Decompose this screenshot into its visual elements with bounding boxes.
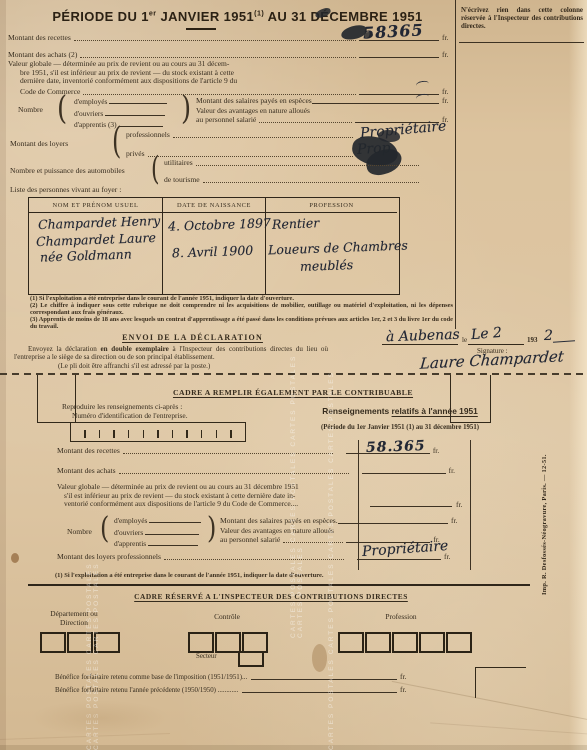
achats-label: Montant des achats (2): [8, 50, 77, 59]
fill-line: [148, 538, 198, 546]
dotted-leader: [173, 136, 353, 138]
handwritten-birth-2: 8. Avril 1900: [172, 243, 254, 261]
avantages2-l1: Valeur des avantages en nature alloués: [220, 526, 334, 535]
recettes2-label: Montant des recettes: [57, 446, 120, 455]
row-de-tourisme: de tourisme: [164, 175, 422, 184]
benefice1-label: Bénéfice forfaitaire retenu comme base d…: [55, 674, 247, 681]
avantages-l1: Valeur des avantages en nature alloués: [196, 106, 310, 115]
code-box: [188, 632, 214, 653]
code-box: [215, 632, 241, 653]
unit-fr: fr.: [456, 500, 462, 509]
title-part2: JANVIER 1951: [156, 9, 254, 24]
handwritten-profession-1: Rentier: [272, 215, 320, 232]
valeur-globale-paragraph: Valeur globale — déterminée au prix de r…: [8, 60, 372, 86]
id-tick: [172, 430, 173, 438]
profession-label: Profession: [364, 612, 438, 621]
renseignements-part2: relatifs à l'année 1951: [392, 406, 478, 416]
reproduire-label: Reproduire les renseignements ci-après :: [62, 402, 182, 411]
cadre2-footnote: (1) Si l'exploitation a été entreprise d…: [55, 572, 415, 579]
paper-right-light-strip: [569, 0, 587, 750]
dotted-leader: [148, 155, 353, 157]
professionnels-label: professionnels: [126, 130, 170, 139]
item-label: d'employés: [114, 516, 147, 525]
unit-fr: fr.: [442, 96, 455, 105]
nombre2-item-employes: d'employés: [114, 515, 201, 527]
item-label: d'ouvriers: [114, 528, 143, 537]
departement-l2: Direction: [34, 618, 114, 627]
section-separator-rule: [28, 584, 530, 586]
benefice2-label: Bénéfice forfaitaire retenu l'année préc…: [55, 687, 238, 694]
ink-blot: [378, 130, 400, 142]
inspector-value-corner-bracket: [475, 667, 526, 698]
handwritten-day: Le 2: [470, 325, 502, 343]
title-sup-note1: (1): [254, 10, 264, 18]
code-box: [94, 632, 120, 653]
id-tick: [157, 430, 158, 438]
nombre-item-employes: d'employés: [74, 96, 167, 108]
automobiles-label: Nombre et puissance des automobiles: [10, 166, 125, 175]
dotted-leader: [283, 541, 343, 543]
item-label: d'employés: [74, 97, 107, 106]
value-line: [362, 472, 446, 474]
fill-line: [119, 119, 163, 127]
id-tick: [216, 430, 217, 438]
id-tick: [186, 430, 187, 438]
fill-line: [105, 108, 165, 116]
unit-fr: fr.: [442, 33, 455, 42]
renseignements-part1: Renseignements: [322, 406, 391, 416]
cadre-contribuable-heading-text: CADRE A REMPLIR ÉGALEMENT PAR LE CONTRIB…: [173, 388, 413, 397]
envoi-postal-note: (Le pli doit être affranchi s'il est adr…: [58, 362, 328, 370]
fill-line: [149, 515, 201, 523]
nombre-item-ouvriers: d'ouvriers: [74, 108, 167, 120]
table-header-profession: PROFESSION: [266, 198, 397, 213]
envoi-heading: ENVOI DE LA DÉCLARATION: [95, 333, 290, 342]
id-tick: [201, 430, 202, 438]
unit-fr: fr.: [442, 50, 455, 59]
printed-year: 193: [527, 336, 538, 344]
salaires-label: Montant des salaires payés en espèces: [196, 96, 312, 105]
item-label: d'apprentis: [114, 539, 146, 548]
row2-achats: Montant des achats fr.: [57, 466, 464, 475]
controle-boxes: [188, 632, 269, 653]
row-benefice-1950: Bénéfice forfaitaire retenu l'année préc…: [55, 685, 413, 694]
renseignements-heading: Renseignements relatifs à l'année 1951: [300, 406, 500, 416]
cadre-contribuable-heading: CADRE A REMPLIR ÉGALEMENT PAR LE CONTRIB…: [143, 388, 443, 397]
paper-bottom-shade: [0, 745, 587, 750]
brace-open: (: [100, 511, 109, 546]
handwritten-year-digit: 2: [544, 328, 553, 344]
avantages-l2: au personnel salarié: [196, 115, 256, 124]
cadre-inspecteur-heading: CADRE RÉSERVÉ A L'INSPECTEUR DES CONTRIB…: [110, 592, 432, 601]
paper-stain: [30, 700, 170, 736]
date-line-2: [468, 344, 524, 345]
profession-boxes: [338, 632, 473, 653]
valeur-globale2-paragraph: Valeur globale — déterminée au prix de r…: [57, 483, 366, 509]
salaires2-label: Montant des salaires payés en espèces.: [220, 516, 338, 525]
code-box: [419, 632, 445, 653]
item-label: d'ouvriers: [74, 109, 103, 118]
paper-stain: [11, 553, 19, 563]
handwritten-recettes2-value: 58.365: [366, 438, 426, 456]
row-benefice-1951: Bénéfice forfaitaire retenu comme base d…: [55, 672, 413, 681]
dotted-leader: [203, 181, 419, 183]
dotted-leader: [74, 39, 356, 41]
handwritten-place: à Aubenas: [386, 327, 460, 346]
value-line: [242, 691, 397, 693]
code-box: [40, 632, 66, 653]
value-line: [338, 522, 448, 524]
reserved-column-note: N'écrivez rien dans cette colonne réserv…: [461, 7, 583, 30]
code-box: [392, 632, 418, 653]
value-line: [370, 505, 452, 507]
reserved-column-divider: [455, 0, 456, 329]
table-header-naissance: DATE DE NAISSANCE: [163, 198, 266, 213]
unit-fr: fr.: [400, 672, 413, 681]
nombre2-label: Nombre: [67, 527, 92, 536]
handwritten-name-3: née Goldmann: [40, 246, 132, 264]
departement-boxes: [40, 632, 121, 653]
cadre-inspecteur-heading-text: CADRE RÉSERVÉ A L'INSPECTEUR DES CONTRIB…: [134, 592, 408, 601]
ink-blot: [364, 32, 373, 38]
utilitaires-label: utilitaires: [164, 158, 193, 167]
code-box: [446, 632, 472, 653]
row-loyers-professionnels: professionnels: [126, 130, 356, 139]
id-tick: [230, 430, 231, 438]
brace-open: (: [112, 120, 121, 162]
page-title: PÉRIODE DU 1er JANVIER 1951(1) AU 31 DÉC…: [40, 9, 435, 24]
id-tick: [113, 430, 114, 438]
paper-left-shade: [0, 0, 6, 750]
stamp-box-left: [37, 375, 76, 423]
value-line: [359, 56, 439, 58]
printer-credit: Imp. R. Desfossés-Néogravure, Paris. — 1…: [541, 400, 548, 595]
unit-fr: fr.: [451, 516, 464, 525]
nombre-label: Nombre: [18, 105, 43, 114]
nombre2-item-ouvriers: d'ouvriers: [114, 527, 201, 539]
id-tick: [84, 430, 85, 438]
le-label: le: [462, 336, 467, 344]
code-box: [365, 632, 391, 653]
value-line: [251, 678, 397, 680]
unit-fr: fr.: [433, 446, 446, 455]
dotted-leader: [259, 121, 352, 123]
tax-form-1951-scan: PÉRIODE DU 1er JANVIER 1951(1) AU 31 DÉC…: [0, 0, 587, 750]
controle-label: Contrôle: [190, 612, 264, 621]
envoi-heading-text: ENVOI DE LA DÉCLARATION: [122, 333, 263, 342]
valeur2-l3: ventorié conformément aux dispositions d…: [64, 499, 298, 508]
footnotes: (1) Si l'exploitation a été entreprise d…: [30, 296, 453, 331]
fill-line: [145, 527, 199, 535]
item-label: d'apprentis (3): [74, 120, 117, 129]
secteur-label: Secteur: [196, 653, 217, 660]
numero-identification-label: Numéro d'identification de l'entreprise.: [72, 411, 188, 420]
departement-l1: Département ou: [34, 609, 114, 618]
paper-stain: [312, 644, 327, 672]
cut-dashed-line: [0, 373, 587, 375]
unit-fr: fr.: [400, 685, 413, 694]
brace-close: ): [181, 90, 191, 128]
achats2-label: Montant des achats: [57, 466, 116, 475]
tourisme-label: de tourisme: [164, 175, 200, 184]
prives-label: privés: [126, 149, 145, 158]
dotted-leader: [83, 93, 356, 95]
handwritten-profession-3: meublés: [300, 257, 354, 274]
envoi-paragraph: Envoyez la déclaration en double exempla…: [14, 346, 328, 361]
identification-box: [70, 422, 246, 442]
table-header-nom: NOM ET PRÉNOM USUEL: [29, 198, 163, 213]
handwritten-recettes-value: 58365: [363, 20, 425, 42]
row-code-commerce: Code de Commerce fr.: [20, 87, 455, 96]
foyer-label: Liste des personnes vivant au foyer :: [10, 185, 121, 194]
date-line-1: [382, 344, 458, 345]
fill-line: [109, 96, 167, 104]
id-tick: [99, 430, 100, 438]
loyers2-label: Montant des loyers professionnels: [57, 552, 161, 561]
dotted-leader: [196, 164, 419, 166]
recettes-label: Montant des recettes: [8, 33, 71, 42]
nombre2-item-apprentis: d'apprentis: [114, 538, 201, 550]
value-line: [312, 102, 439, 104]
handwritten-signature: Laure Champardet: [419, 347, 564, 373]
dotted-leader: [123, 452, 333, 454]
code-commerce-label: Code de Commerce: [20, 87, 80, 96]
brace-open: (: [151, 151, 160, 189]
id-tick: [143, 430, 144, 438]
footnote-2: (2) Le chiffre à indiquer sous cette rub…: [30, 303, 453, 317]
row-loyers-prives: privés: [126, 149, 356, 158]
row-utilitaires: utilitaires: [164, 158, 422, 167]
departement-label: Département ou Direction: [34, 609, 114, 627]
code-box: [67, 632, 93, 653]
row2-salaires: Montant des salaires payés en espèces. f…: [220, 516, 464, 525]
title-underline: [186, 28, 216, 30]
loyers-label: Montant des loyers: [10, 139, 68, 148]
avantages2-l2: au personnel salarié: [220, 535, 280, 544]
valeur-globale-l3: dernière date, inventorié conformément a…: [20, 76, 237, 85]
reserved-column-rule: [459, 42, 584, 43]
unit-fr: fr.: [449, 466, 462, 475]
row-achats: Montant des achats (2) fr.: [8, 50, 455, 59]
title-part1: PÉRIODE DU 1: [52, 9, 149, 24]
paper-crease: [430, 722, 587, 734]
dotted-leader: [119, 472, 349, 474]
id-tick: [128, 430, 129, 438]
unit-fr: fr.: [442, 87, 455, 96]
nombre2-items: d'employés d'ouvriers d'apprentis: [114, 515, 201, 550]
code-box: [242, 632, 268, 653]
code-box: [338, 632, 364, 653]
secteur-box: [238, 651, 264, 667]
brace-open: (: [57, 90, 67, 128]
dotted-leader: [164, 558, 344, 560]
value-column-rule-right: [470, 440, 471, 570]
dotted-leader: [80, 56, 356, 58]
brace-close: ): [207, 511, 216, 546]
periode-subheading: (Période du 1er Janvier 1951 (1) au 31 d…: [293, 424, 507, 431]
